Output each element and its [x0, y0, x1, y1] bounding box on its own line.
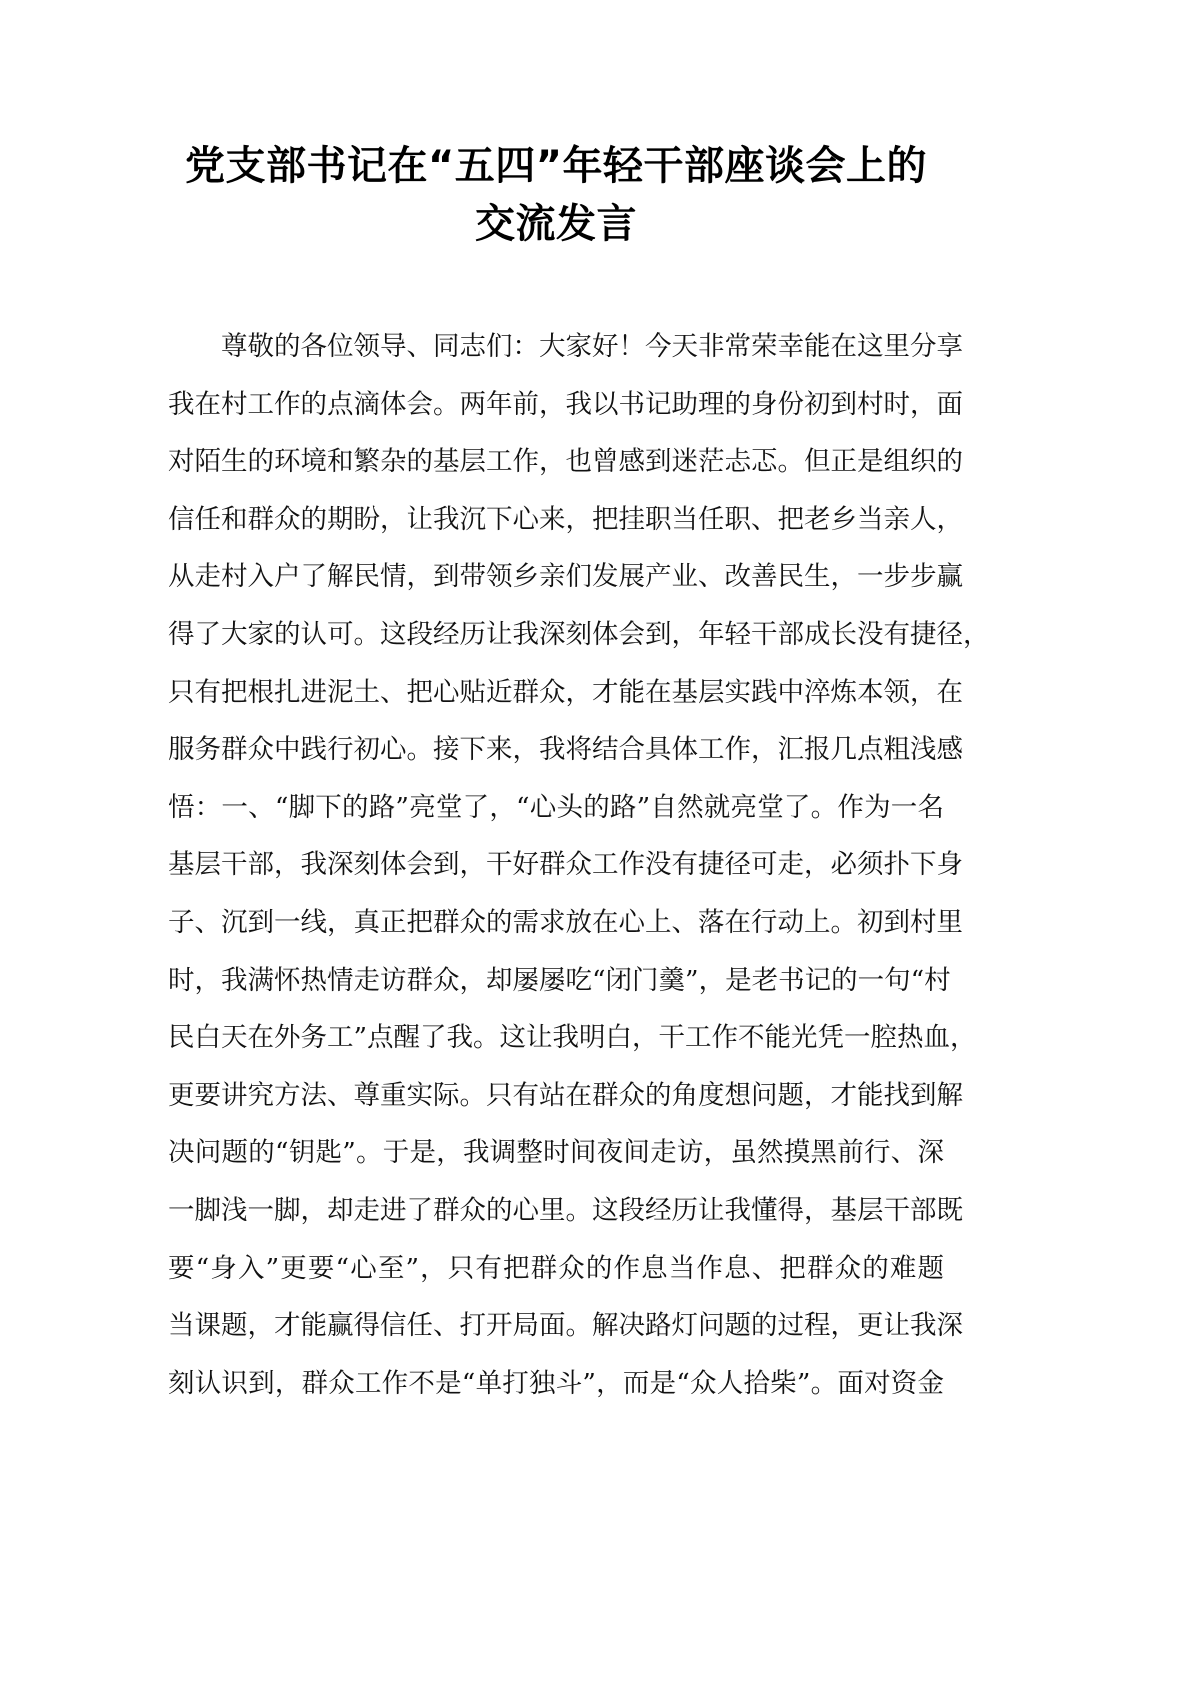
body-line: 要“身入”更要“心至”，只有把群众的作息当作息、把群众的难题 [168, 1240, 944, 1298]
document-page: 党支部书记在“五四”年轻干部座谈会上的 交流发言 尊敬的各位领导、同志们：大家好… [0, 0, 1190, 1683]
body-line: 我在村工作的点滴体会。两年前，我以书记助理的身份初到村时，面 [168, 376, 944, 434]
document-body: 尊敬的各位领导、同志们：大家好！今天非常荣幸能在这里分享 我在村工作的点滴体会。… [168, 318, 944, 1412]
title-line-2: 交流发言 [168, 195, 944, 253]
body-line: 子、沉到一线，真正把群众的需求放在心上、落在行动上。初到村里 [168, 894, 944, 952]
body-line: 对陌生的环境和繁杂的基层工作，也曾感到迷茫忐忑。但正是组织的 [168, 433, 944, 491]
body-line: 决问题的“钥匙”。于是，我调整时间夜间走访，虽然摸黑前行、深 [168, 1124, 944, 1182]
body-line: 当课题，才能赢得信任、打开局面。解决路灯问题的过程，更让我深 [168, 1297, 944, 1355]
body-line: 悟：一、“脚下的路”亮堂了，“心头的路”自然就亮堂了。作为一名 [168, 779, 944, 837]
body-line: 得了大家的认可。这段经历让我深刻体会到，年轻干部成长没有捷径， [168, 606, 944, 664]
body-line: 信任和群众的期盼，让我沉下心来，把挂职当任职、把老乡当亲人， [168, 491, 944, 549]
body-line: 服务群众中践行初心。接下来，我将结合具体工作，汇报几点粗浅感 [168, 721, 944, 779]
body-line: 民白天在外务工”点醒了我。这让我明白，干工作不能光凭一腔热血， [168, 1009, 944, 1067]
body-line: 一脚浅一脚，却走进了群众的心里。这段经历让我懂得，基层干部既 [168, 1182, 944, 1240]
body-line: 只有把根扎进泥土、把心贴近群众，才能在基层实践中淬炼本领，在 [168, 664, 944, 722]
title-line-1: 党支部书记在“五四”年轻干部座谈会上的 [168, 137, 944, 195]
body-line: 更要讲究方法、尊重实际。只有站在群众的角度想问题，才能找到解 [168, 1067, 944, 1125]
body-line: 基层干部，我深刻体会到，干好群众工作没有捷径可走，必须扑下身 [168, 836, 944, 894]
document-title: 党支部书记在“五四”年轻干部座谈会上的 交流发言 [168, 137, 944, 253]
body-line: 时，我满怀热情走访群众，却屡屡吃“闭门羹”，是老书记的一句“村 [168, 952, 944, 1010]
body-line: 刻认识到，群众工作不是“单打独斗”，而是“众人拾柴”。面对资金 [168, 1355, 944, 1413]
body-line: 尊敬的各位领导、同志们：大家好！今天非常荣幸能在这里分享 [168, 318, 944, 376]
body-line: 从走村入户了解民情，到带领乡亲们发展产业、改善民生，一步步赢 [168, 548, 944, 606]
